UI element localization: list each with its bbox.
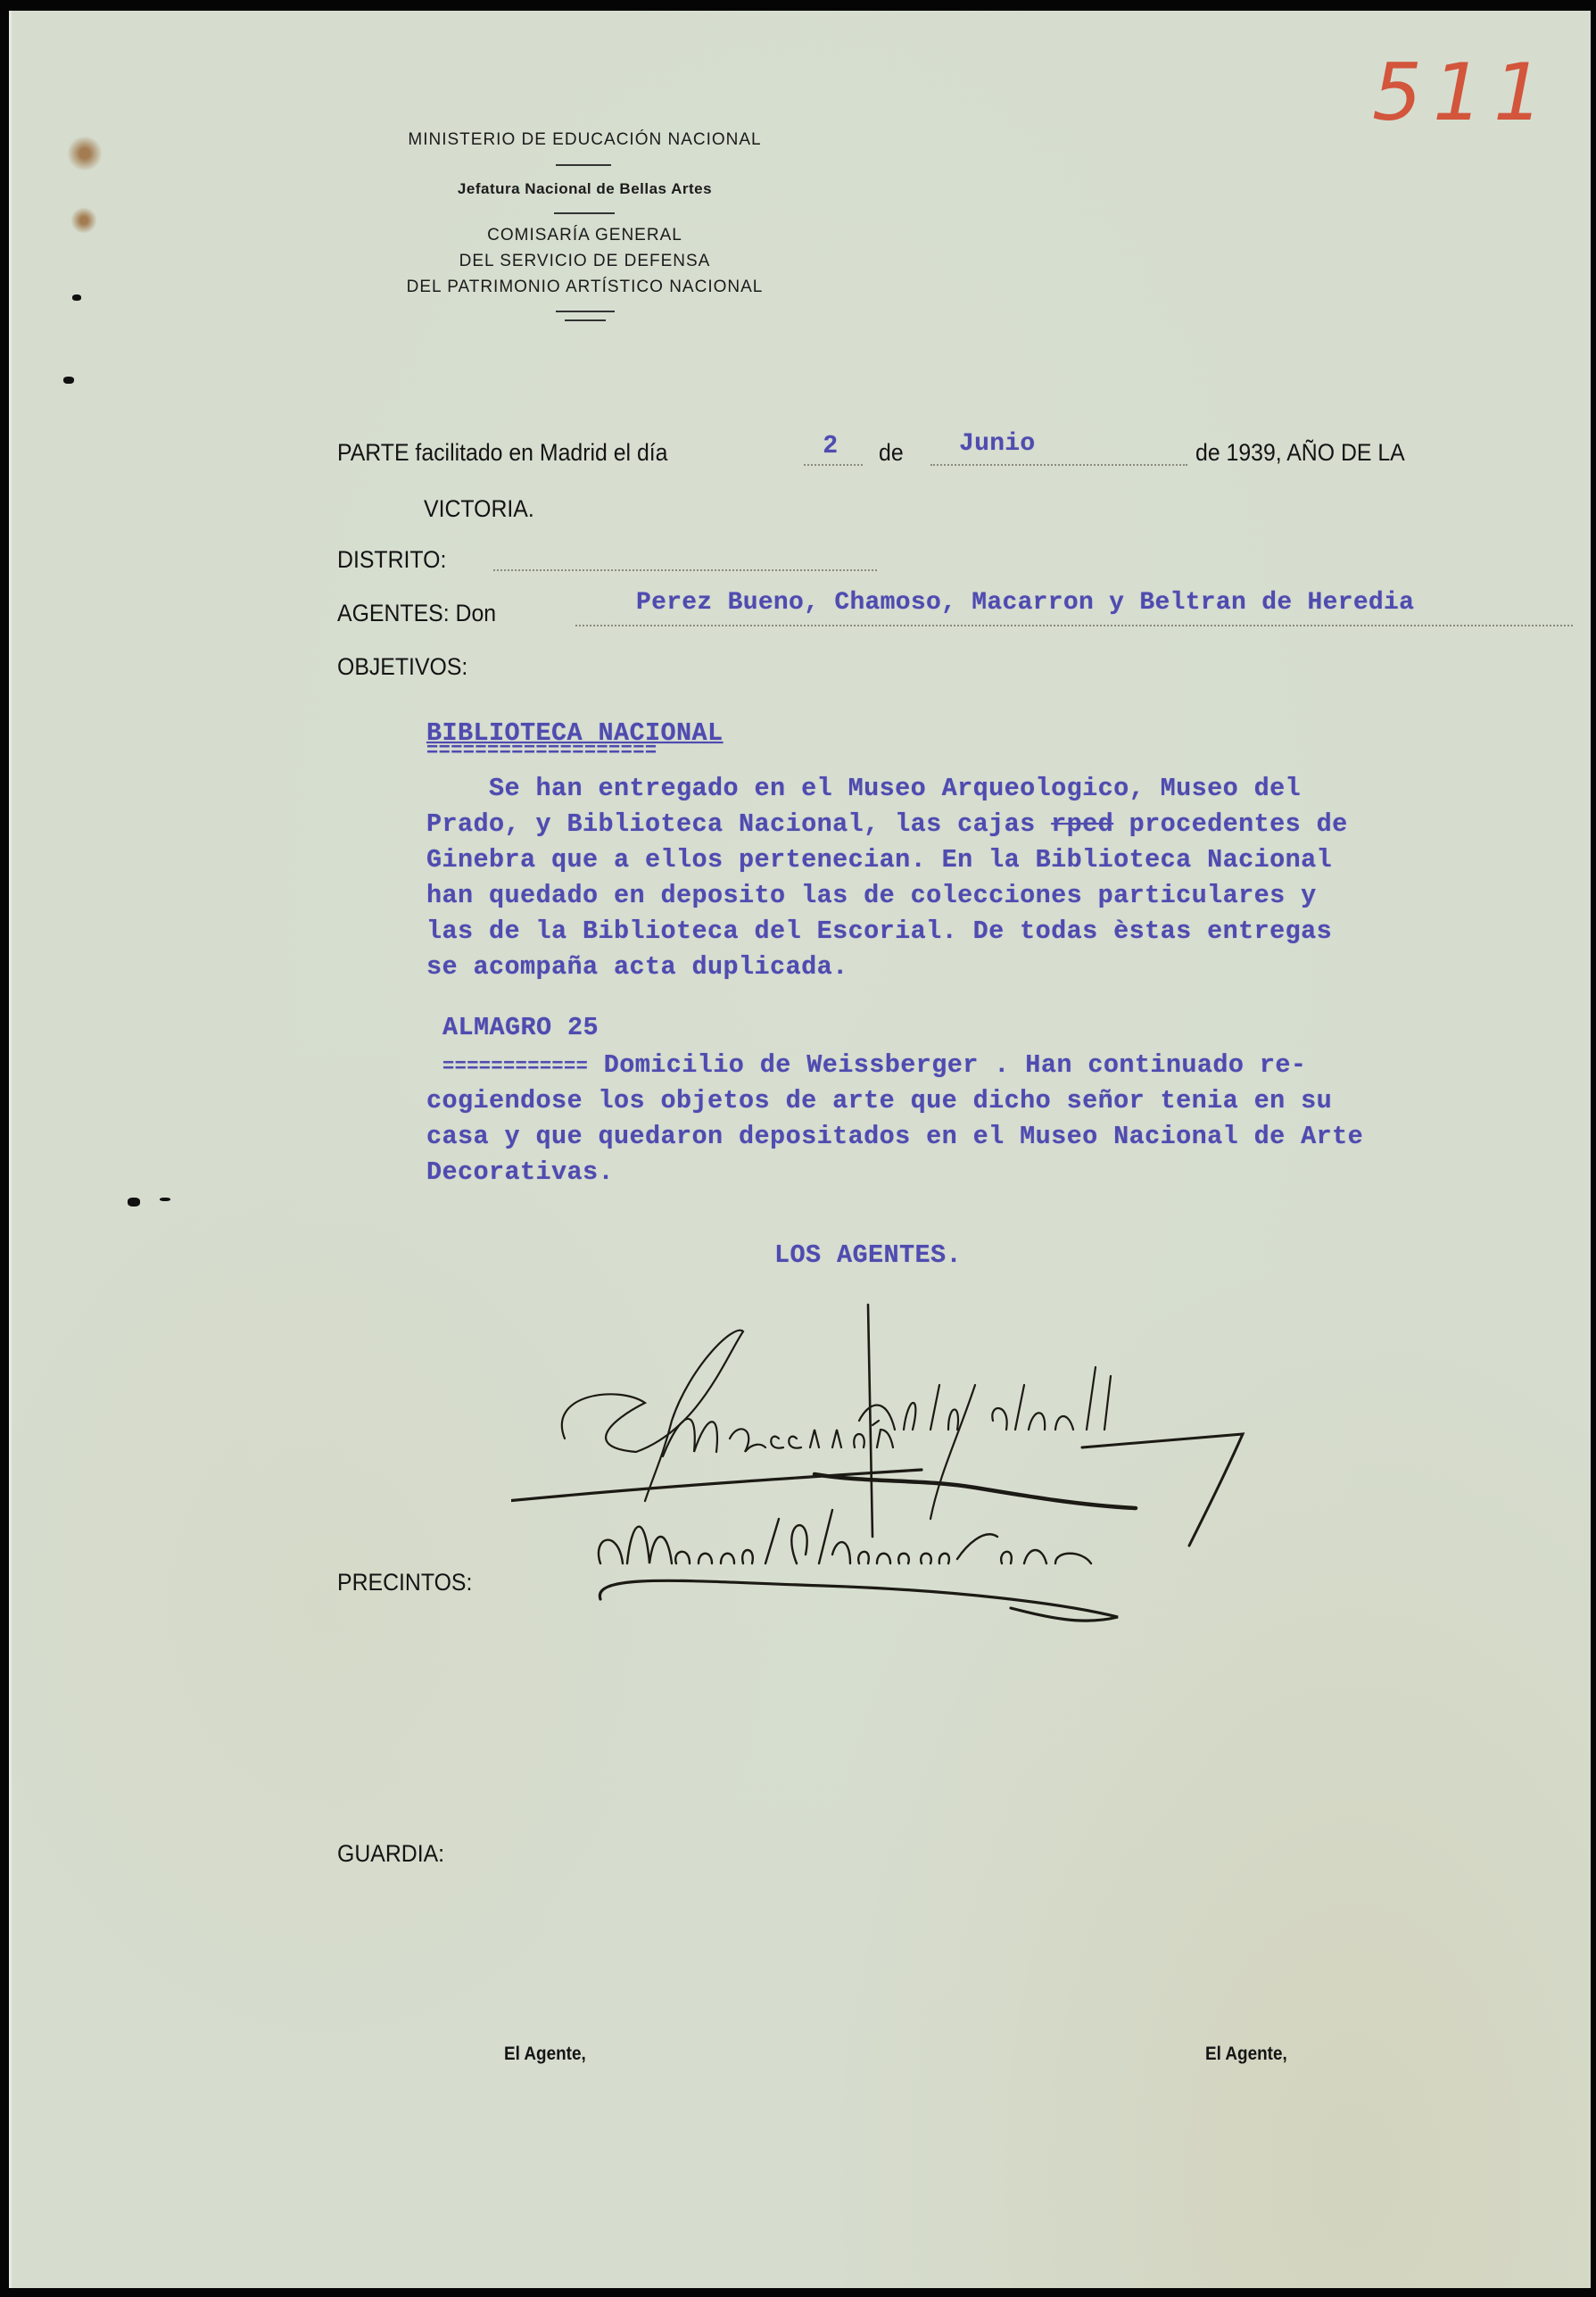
objective-line: las de la Biblioteca del Escorial. De to… xyxy=(426,914,1332,949)
punch-hole xyxy=(72,294,81,301)
document-page: 511 MINISTERIO DE EDUCACIÓN NACIONAL Jef… xyxy=(9,11,1591,2288)
closing-los-agentes: LOS AGENTES. xyxy=(774,1238,962,1273)
de-label: de xyxy=(879,439,904,467)
rust-stain xyxy=(70,207,97,234)
month-value: Junio xyxy=(959,430,1036,458)
underline-marks: ============ xyxy=(442,1056,588,1078)
signature-macarron xyxy=(511,1331,922,1501)
objective-line-part: Domicilio de Weissberger . Han continuad… xyxy=(588,1050,1306,1080)
ministry-name: MINISTERIO DE EDUCACIÓN NACIONAL xyxy=(342,130,828,150)
objective-heading-underline: ============ Domicilio de Weissberger . … xyxy=(442,1048,1306,1085)
objective-line: Decorativas. xyxy=(426,1155,614,1190)
month-field-line xyxy=(930,464,1187,466)
objective-heading-underline: =================== xyxy=(426,734,657,769)
objective-line: Se han entregado en el Museo Arqueologic… xyxy=(426,771,1301,807)
divider xyxy=(556,164,611,166)
objective-line: se acompaña acta duplicada. xyxy=(426,949,848,985)
victoria-label: VICTORIA. xyxy=(424,495,534,523)
commission-line-3: DEL PATRIMONIO ARTÍSTICO NACIONAL xyxy=(342,278,828,297)
department-name: Jefatura Nacional de Bellas Artes xyxy=(342,180,828,198)
objective-heading-almagro: ALMAGRO 25 xyxy=(442,1010,599,1046)
signature-beltran xyxy=(815,1305,1243,1546)
objective-line: Ginebra que a ellos pertenecian. En la B… xyxy=(426,842,1332,878)
guardia-label: GUARDIA: xyxy=(337,1840,444,1868)
agentes-label: AGENTES: Don xyxy=(337,600,496,627)
day-field-line xyxy=(804,464,863,466)
commission-line-2: DEL SERVICIO DE DEFENSA xyxy=(342,252,828,271)
divider xyxy=(565,319,606,321)
distrito-label: DISTRITO: xyxy=(337,546,446,574)
objective-line: casa y que quedaron depositados en el Mu… xyxy=(426,1119,1363,1155)
punch-hole xyxy=(63,377,74,384)
punch-hole xyxy=(128,1198,140,1207)
year-label: de 1939, AÑO DE LA xyxy=(1195,439,1405,467)
objective-line-part: Prado, y Biblioteca Nacional, las cajas xyxy=(426,809,1051,839)
signature-chamoso xyxy=(599,1510,1118,1621)
objective-line-part: procedentes de xyxy=(1113,809,1348,839)
divider xyxy=(556,311,615,312)
commission-line-1: COMISARÍA GENERAL xyxy=(342,226,828,245)
divider xyxy=(554,212,615,214)
struck-word: rped xyxy=(1051,809,1113,839)
signatures xyxy=(511,1296,1537,1653)
agent-left-label: El Agente, xyxy=(504,2044,586,2065)
rust-stain xyxy=(67,136,103,171)
agentes-field-line xyxy=(575,625,1573,626)
objective-line: Prado, y Biblioteca Nacional, las cajas … xyxy=(426,807,1348,842)
folio-number: 511 xyxy=(1372,46,1554,138)
precintos-label: PRECINTOS: xyxy=(337,1569,472,1596)
objective-line: cogiendose los objetos de arte que dicho… xyxy=(426,1083,1332,1119)
objetivos-label: OBJETIVOS: xyxy=(337,653,467,681)
objective-line: han quedado en deposito las de coleccion… xyxy=(426,878,1317,914)
agent-right-label: El Agente, xyxy=(1205,2044,1287,2065)
agentes-value: Perez Bueno, Chamoso, Macarron y Beltran… xyxy=(636,589,1414,617)
punch-hole xyxy=(160,1198,170,1201)
day-value: 2 xyxy=(823,430,838,459)
parte-label: PARTE facilitado en Madrid el día xyxy=(337,439,668,467)
distrito-field-line xyxy=(493,569,877,571)
